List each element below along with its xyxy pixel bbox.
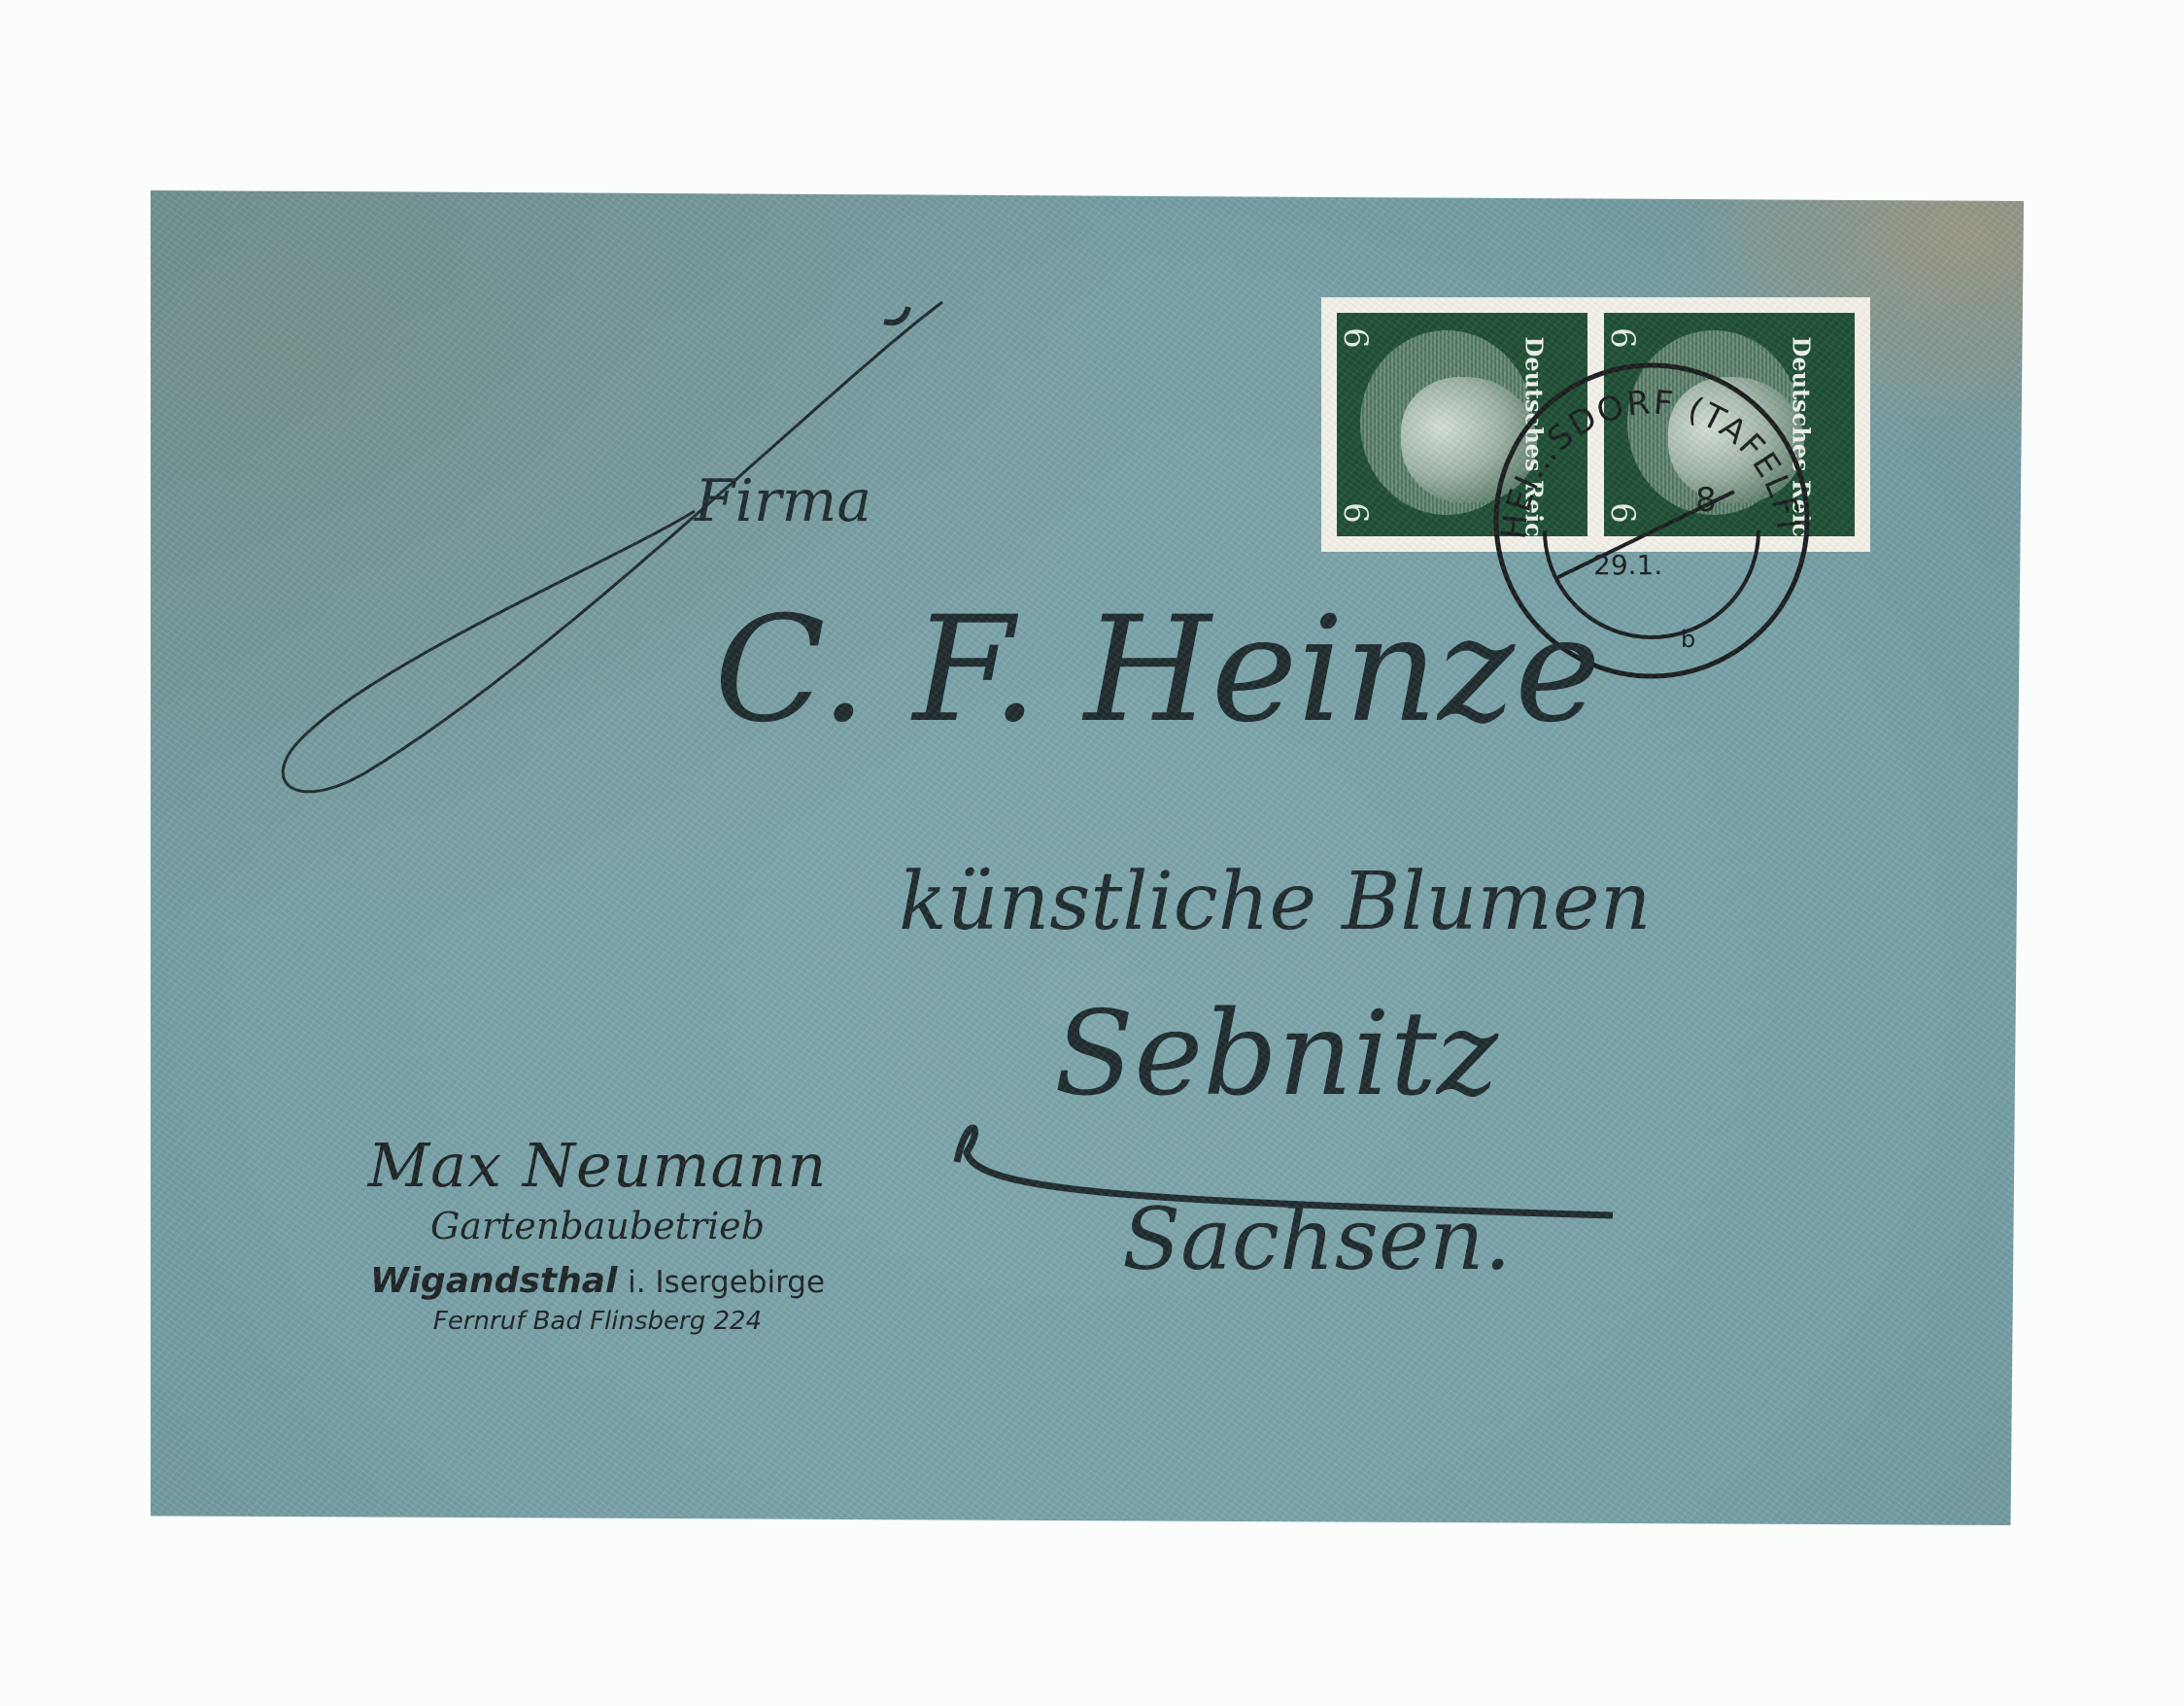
salutation-text: Firma — [694, 467, 871, 535]
portrait-head-icon — [1401, 377, 1537, 503]
sender-imprint: Max Neumann Gartenbaubetrieb Wigandsthal… — [287, 1133, 908, 1336]
sender-place: Wigandsthal i. Isergebirge — [287, 1261, 908, 1301]
stamp-value: 6 — [1336, 327, 1375, 349]
sender-region: i. Isergebirge — [628, 1265, 825, 1300]
stamp-country: Deutsches Reich — [1520, 337, 1549, 522]
portrait-medallion — [1360, 330, 1533, 515]
city-text: Sebnitz — [1054, 987, 1499, 1122]
postage-stamp: 6 6 Deutsches Reich — [1588, 297, 1870, 552]
stamp-value: 6 — [1603, 502, 1642, 524]
stamp-country: Deutsches Reich — [1788, 337, 1816, 522]
state-text: Sachsen. — [1122, 1189, 1512, 1289]
postmark-letter: b — [1681, 626, 1695, 653]
sender-town: Wigandsthal — [370, 1261, 617, 1301]
portrait-head-icon — [1668, 377, 1804, 503]
postmark-date: 29.1. — [1593, 549, 1662, 581]
recipient-text: C. F. Heinze — [714, 586, 1601, 755]
address-line-2: künstliche Blumen — [899, 856, 1652, 948]
envelope: Max Neumann Gartenbaubetrieb Wigandsthal… — [151, 190, 2024, 1525]
sender-trade: Gartenbaubetrieb — [287, 1205, 908, 1247]
stamp-value: 6 — [1336, 502, 1375, 524]
portrait-medallion — [1627, 330, 1800, 515]
stamp-value: 6 — [1603, 327, 1642, 349]
sender-phone: Fernruf Bad Flinsberg 224 — [287, 1307, 908, 1336]
postage-stamp: 6 6 Deutsches Reich — [1321, 297, 1603, 552]
sender-name: Max Neumann — [287, 1133, 908, 1199]
